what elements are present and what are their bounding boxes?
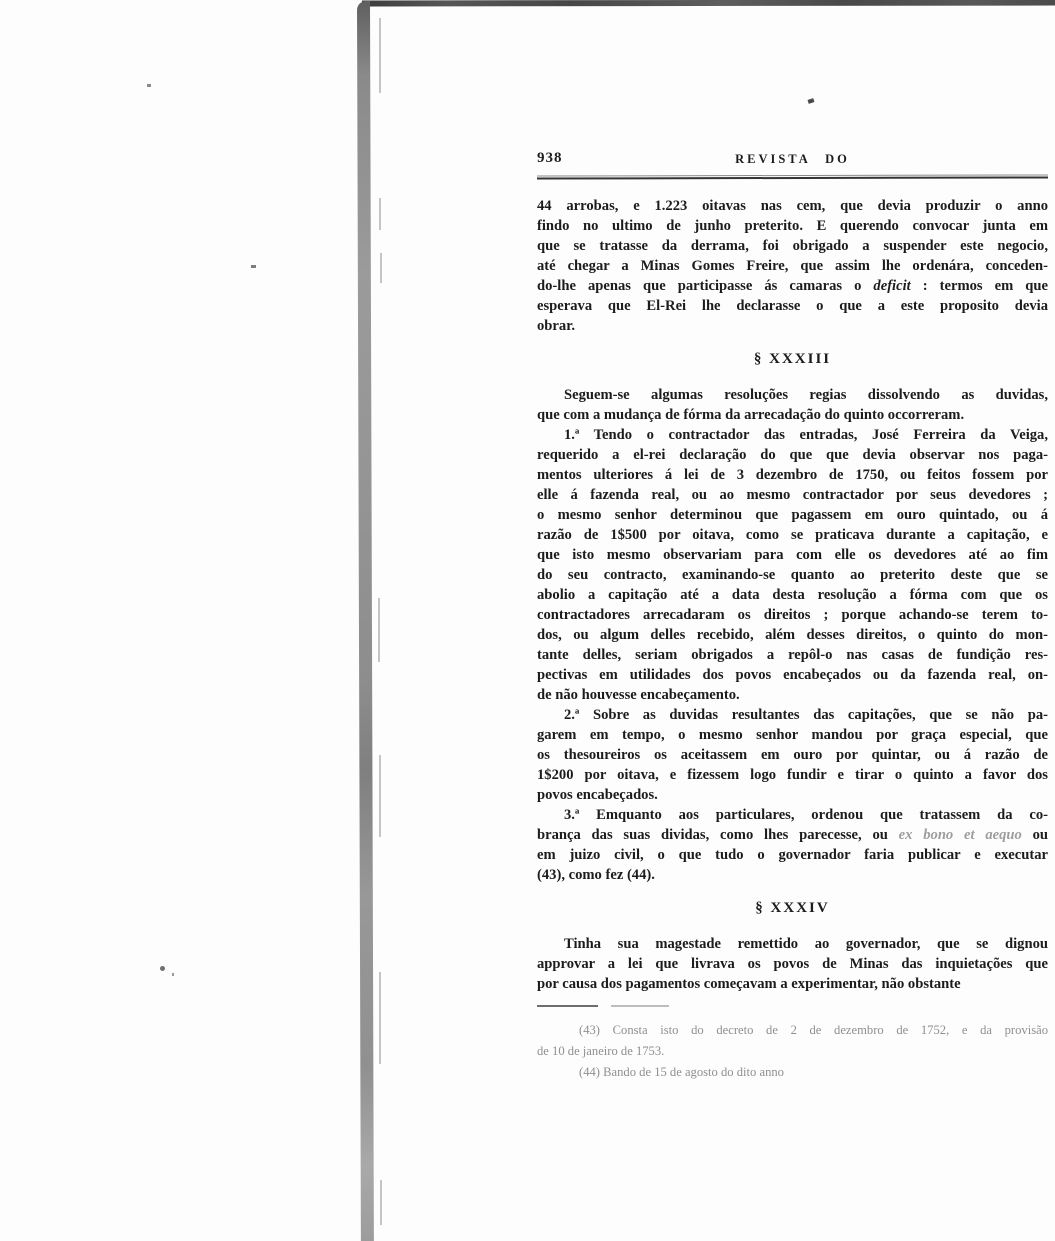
text-line: (43), como fez (44).: [537, 865, 1048, 885]
text-segment: brança das suas dividas, como lhes parec…: [537, 827, 899, 843]
text-line: povos encabeçados.: [537, 785, 1048, 805]
footnote-line: (43) Consta isto do decreto de 2 de deze…: [537, 1020, 1048, 1041]
text-line: dos, ou algum delles recebido, além dess…: [537, 625, 1048, 645]
footnote-separator: [537, 1005, 1048, 1007]
page-crease-line: [379, 18, 381, 93]
journal-title: REVISTA DO: [537, 152, 1048, 167]
scanned-book-page: { "page": { "number": "938", "header_tit…: [0, 0, 1055, 1241]
text-line: mentos ulteriores á lei de 3 dezembro de…: [537, 465, 1048, 485]
ink-speck: [147, 84, 151, 87]
ink-speck: [251, 265, 256, 268]
text-line: 1.ª Tendo o contractador das entradas, J…: [537, 425, 1048, 445]
text-line: que com a mudança de fórma da arrecadaçã…: [537, 405, 1048, 425]
paragraph: Tinha sua magestade remettido ao governa…: [537, 934, 1048, 994]
text-line: elle á fazenda real, ou ao mesmo contrac…: [537, 485, 1048, 505]
ink-speck: [160, 966, 165, 971]
text-line: abolio a capitação até a data desta reso…: [537, 585, 1048, 605]
page-crease-line: [379, 972, 381, 1064]
text-line: 2.ª Sobre as duvidas resultantes das cap…: [537, 705, 1048, 725]
page-crease-line: [380, 253, 382, 283]
page-column: 938 REVISTA DO 44 arrobas, e 1.223 oitav…: [537, 150, 1048, 994]
text-line: do-lhe apenas que participasse ás camara…: [537, 276, 1048, 296]
text-column-body: 44 arrobas, e 1.223 oitavas nas cem, que…: [537, 196, 1048, 994]
text-line: brança das suas dividas, como lhes parec…: [537, 825, 1048, 845]
ink-speck: [808, 98, 815, 104]
text-line: 3.ª Emquanto aos particulares, ordenou q…: [537, 805, 1048, 825]
footnote-body: (43) Consta isto do decreto de 2 de deze…: [537, 1020, 1048, 1083]
book-gutter-shadow: [357, 1, 374, 1241]
text-line: até chegar a Minas Gomes Freire, que ass…: [537, 256, 1048, 276]
page-crease-line: [379, 198, 381, 230]
paragraph: Seguem-se algumas resoluções regias diss…: [537, 385, 1048, 425]
header-rule: [537, 174, 1048, 179]
text-line: esperava que El-Rei lhe declarasse o que…: [537, 296, 1048, 316]
text-line: tante delles, seriam obrigados a repôl-o…: [537, 645, 1048, 665]
text-line: que isto mesmo observariam para com elle…: [537, 545, 1048, 565]
page-crease-line: [378, 598, 380, 662]
text-line: 44 arrobas, e 1.223 oitavas nas cem, que…: [537, 196, 1048, 216]
text-line: de não houvesse encabeçamento.: [537, 685, 1048, 705]
page-crease-line: [379, 755, 381, 837]
footnote-line: de 10 de janeiro de 1753.: [537, 1041, 1048, 1062]
paragraph: 3.ª Emquanto aos particulares, ordenou q…: [537, 805, 1048, 885]
text-line: em juizo civil, o que tudo o governador …: [537, 845, 1048, 865]
page-top-edge-shadow: [362, 0, 1055, 6]
footnote: (44) Bando de 15 de agosto do dito anno: [537, 1062, 1048, 1083]
text-segment: ou: [1022, 827, 1048, 843]
section-heading: § XXXIII: [537, 349, 1048, 369]
paragraph: 1.ª Tendo o contractador das entradas, J…: [537, 425, 1048, 705]
text-line: o mesmo senhor determinou que pagassem e…: [537, 505, 1048, 525]
footnote: (43) Consta isto do decreto de 2 de deze…: [537, 1020, 1048, 1062]
text-line: approvar a lei que livrava os povos de M…: [537, 954, 1048, 974]
text-line: garem em tempo, o mesmo senhor mandou po…: [537, 725, 1048, 745]
text-segment: do-lhe apenas que participasse ás camara…: [537, 278, 873, 294]
footnote-line: (44) Bando de 15 de agosto do dito anno: [537, 1062, 1048, 1083]
text-line: do seu contracto, examinando-se quanto a…: [537, 565, 1048, 585]
text-line: os thesoureiros os aceitassem em ouro po…: [537, 745, 1048, 765]
text-line: findo no ultimo de junho preterito. E qu…: [537, 216, 1048, 236]
text-line: 1$200 por oitava, e fizessem logo fundir…: [537, 765, 1048, 785]
italic-phrase: deficit: [873, 278, 910, 294]
section-heading: § XXXIV: [537, 898, 1048, 918]
paragraph: 44 arrobas, e 1.223 oitavas nas cem, que…: [537, 196, 1048, 336]
text-line: que se tratasse da derrama, foi obrigado…: [537, 236, 1048, 256]
footnotes: (43) Consta isto do decreto de 2 de deze…: [537, 1005, 1048, 1083]
text-line: pectivas em utilidades dos povos encabeç…: [537, 665, 1048, 685]
text-line: Seguem-se algumas resoluções regias diss…: [537, 385, 1048, 405]
text-segment: : termos em que: [911, 278, 1048, 294]
text-line: razão de 1$500 por oitava, como se prati…: [537, 525, 1048, 545]
text-line: requerido a el-rei declaração do que que…: [537, 445, 1048, 465]
text-line: Tinha sua magestade remettido ao governa…: [537, 934, 1048, 954]
text-line: obrar.: [537, 316, 1048, 336]
text-line: contractadores arrecadaram os direitos ;…: [537, 605, 1048, 625]
page-crease-line: [380, 1180, 382, 1225]
paragraph: 2.ª Sobre as duvidas resultantes das cap…: [537, 705, 1048, 805]
text-line: por causa dos pagamentos começavam a exp…: [537, 974, 1048, 994]
ink-speck: [172, 973, 174, 976]
italic-phrase: ex bono et aequo: [899, 827, 1022, 843]
running-header: 938 REVISTA DO: [537, 150, 1048, 168]
